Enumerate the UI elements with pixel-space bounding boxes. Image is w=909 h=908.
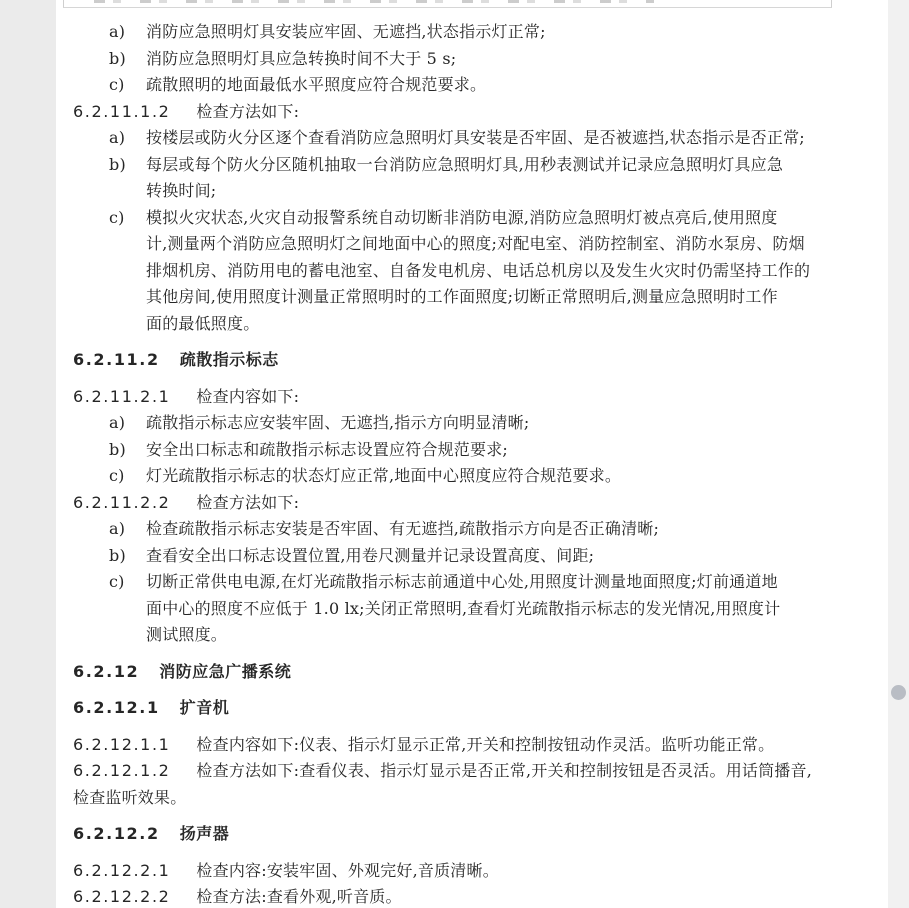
line-text: 检查方法:查看外观,听音质。: [196, 887, 401, 906]
list-item: a)按楼层或防火分区逐个查看消防应急照明灯具安装是否牢固、是否被遮挡,状态指示是…: [56, 125, 828, 152]
clause-line: 6.2.11.2.2检查方法如下:: [56, 490, 828, 517]
scrollbar-track[interactable]: [888, 0, 909, 908]
line-text: 每层或每个防火分区随机抽取一台消防应急照明灯具,用秒表测试并记录应急照明灯具应急: [146, 155, 783, 174]
list-item-label: a): [109, 410, 125, 437]
list-item-label: b): [109, 152, 126, 179]
clause-number: 6.2.12.1.1: [73, 735, 170, 754]
line-text: 其他房间,使用照度计测量正常照明时的工作面照度;切断正常照明后,测量应急照明时工…: [146, 287, 778, 306]
clause-number: 6.2.12.2.2: [73, 887, 170, 906]
line-text: 面中心的照度不应低于 1.0 lx;关闭正常照明,查看灯光疏散指示标志的发光情况…: [146, 599, 780, 618]
list-item-label: a): [109, 516, 125, 543]
line-text: 按楼层或防火分区逐个查看消防应急照明灯具安装是否牢固、是否被遮挡,状态指示是否正…: [146, 128, 805, 147]
list-item: a)检查疏散指示标志安装是否牢固、有无遮挡,疏散指示方向是否正确清晰;: [56, 516, 828, 543]
line-text: 疏散照明的地面最低水平照度应符合规范要求。: [146, 75, 486, 94]
list-item-label: c): [109, 205, 125, 232]
continuation-line: 检查监听效果。: [56, 785, 828, 812]
list-item-label: b): [109, 46, 126, 73]
clause-line: 6.2.11.2.1检查内容如下:: [56, 384, 828, 411]
continuation-line: 计,测量两个消防应急照明灯之间地面中心的照度;对配电室、消防控制室、消防水泵房、…: [56, 231, 828, 258]
list-item-label: c): [109, 72, 125, 99]
list-item-label: b): [109, 437, 126, 464]
left-margin: [0, 0, 56, 908]
line-text: 检查内容如下:: [196, 387, 299, 406]
section-heading: 6.2.12.1扩音机: [56, 695, 828, 722]
clause-line: 6.2.12.2.1检查内容:安装牢固、外观完好,音质清晰。: [56, 858, 828, 885]
line-text: 检查内容如下:仪表、指示灯显示正常,开关和控制按钮动作灵活。监听功能正常。: [196, 735, 774, 754]
line-text: 测试照度。: [146, 625, 227, 644]
line-text: 消防应急照明灯具应急转换时间不大于 5 s;: [146, 49, 456, 68]
list-item-label: b): [109, 543, 126, 570]
section-heading: 6.2.12消防应急广播系统: [56, 659, 828, 686]
list-item: c)灯光疏散指示标志的状态灯应正常,地面中心照度应符合规范要求。: [56, 463, 828, 490]
continuation-line: 转换时间;: [56, 178, 828, 205]
page-content: a)消防应急照明灯具安装应牢固、无遮挡,状态指示灯正常;b)消防应急照明灯具应急…: [56, 0, 888, 908]
clause-line: 6.2.12.2.2检查方法:查看外观,听音质。: [56, 884, 828, 908]
continuation-line: 排烟机房、消防用电的蓄电池室、自备发电机房、电话总机房以及发生火灾时仍需坚持工作…: [56, 258, 828, 285]
line-text: 计,测量两个消防应急照明灯之间地面中心的照度;对配电室、消防控制室、消防水泵房、…: [146, 234, 805, 253]
clause-line: 6.2.12.1.2检查方法如下:查看仪表、指示灯显示是否正常,开关和控制按钮是…: [56, 758, 828, 785]
list-item-label: a): [109, 19, 125, 46]
list-item: b)每层或每个防火分区随机抽取一台消防应急照明灯具,用秒表测试并记录应急照明灯具…: [56, 152, 828, 179]
line-text: 检查监听效果。: [73, 788, 186, 807]
continuation-line: 面的最低照度。: [56, 311, 828, 338]
line-text: 模拟火灾状态,火灾自动报警系统自动切断非消防电源,消防应急照明灯被点亮后,使用照…: [146, 208, 777, 227]
continuation-line: 其他房间,使用照度计测量正常照明时的工作面照度;切断正常照明后,测量应急照明时工…: [56, 284, 828, 311]
heading-title: 疏散指示标志: [180, 350, 279, 369]
continuation-line: 面中心的照度不应低于 1.0 lx;关闭正常照明,查看灯光疏散指示标志的发光情况…: [56, 596, 828, 623]
clause-number: 6.2.12.2.1: [73, 861, 170, 880]
line-text: 排烟机房、消防用电的蓄电池室、自备发电机房、电话总机房以及发生火灾时仍需坚持工作…: [146, 261, 810, 280]
line-text: 面的最低照度。: [146, 314, 259, 333]
list-item: b)消防应急照明灯具应急转换时间不大于 5 s;: [56, 46, 828, 73]
clause-number: 6.2.11.2.2: [73, 493, 170, 512]
clause-number: 6.2.11.2.1: [73, 387, 170, 406]
list-item: c)疏散照明的地面最低水平照度应符合规范要求。: [56, 72, 828, 99]
heading-number: 6.2.12.2: [73, 824, 160, 843]
line-text: 切断正常供电电源,在灯光疏散指示标志前通道中心处,用照度计测量地面照度;灯前通道…: [146, 572, 778, 591]
line-text: 转换时间;: [146, 181, 216, 200]
heading-title: 消防应急广播系统: [159, 662, 291, 681]
heading-number: 6.2.11.2: [73, 350, 160, 369]
list-item-label: c): [109, 463, 125, 490]
document-viewer: a)消防应急照明灯具安装应牢固、无遮挡,状态指示灯正常;b)消防应急照明灯具应急…: [0, 0, 909, 908]
clause-number: 6.2.12.1.2: [73, 761, 170, 780]
list-item: a)消防应急照明灯具安装应牢固、无遮挡,状态指示灯正常;: [56, 19, 828, 46]
line-text: 查看安全出口标志设置位置,用卷尺测量并记录设置高度、间距;: [146, 546, 594, 565]
line-text: 检查疏散指示标志安装是否牢固、有无遮挡,疏散指示方向是否正确清晰;: [146, 519, 659, 538]
document-page: a)消防应急照明灯具安装应牢固、无遮挡,状态指示灯正常;b)消防应急照明灯具应急…: [56, 0, 888, 908]
line-text: 安全出口标志和疏散指示标志设置应符合规范要求;: [146, 440, 508, 459]
clause-number: 6.2.11.1.2: [73, 102, 170, 121]
list-item-label: c): [109, 569, 125, 596]
line-text: 灯光疏散指示标志的状态灯应正常,地面中心照度应符合规范要求。: [146, 466, 621, 485]
line-text: 疏散指示标志应安装牢固、无遮挡,指示方向明显清晰;: [146, 413, 529, 432]
continuation-line: 测试照度。: [56, 622, 828, 649]
scrollbar-thumb[interactable]: [891, 685, 906, 700]
clause-line: 6.2.12.1.1检查内容如下:仪表、指示灯显示正常,开关和控制按钮动作灵活。…: [56, 732, 828, 759]
list-item-label: a): [109, 125, 125, 152]
list-item: a)疏散指示标志应安装牢固、无遮挡,指示方向明显清晰;: [56, 410, 828, 437]
heading-number: 6.2.12: [73, 662, 139, 681]
heading-number: 6.2.12.1: [73, 698, 160, 717]
clause-line: 6.2.11.1.2检查方法如下:: [56, 99, 828, 126]
line-text: 检查内容:安装牢固、外观完好,音质清晰。: [196, 861, 498, 880]
section-heading: 6.2.12.2扬声器: [56, 821, 828, 848]
section-heading: 6.2.11.2疏散指示标志: [56, 347, 828, 374]
list-item: b)安全出口标志和疏散指示标志设置应符合规范要求;: [56, 437, 828, 464]
line-text: 检查方法如下:: [196, 493, 299, 512]
line-text: 检查方法如下:: [196, 102, 299, 121]
heading-title: 扬声器: [180, 824, 230, 843]
list-item: c)模拟火灾状态,火灾自动报警系统自动切断非消防电源,消防应急照明灯被点亮后,使…: [56, 205, 828, 232]
list-item: c)切断正常供电电源,在灯光疏散指示标志前通道中心处,用照度计测量地面照度;灯前…: [56, 569, 828, 596]
list-item: b)查看安全出口标志设置位置,用卷尺测量并记录设置高度、间距;: [56, 543, 828, 570]
line-text: 消防应急照明灯具安装应牢固、无遮挡,状态指示灯正常;: [146, 22, 546, 41]
line-text: 检查方法如下:查看仪表、指示灯显示是否正常,开关和控制按钮是否灵活。用话筒播音,: [196, 761, 812, 780]
heading-title: 扩音机: [180, 698, 230, 717]
